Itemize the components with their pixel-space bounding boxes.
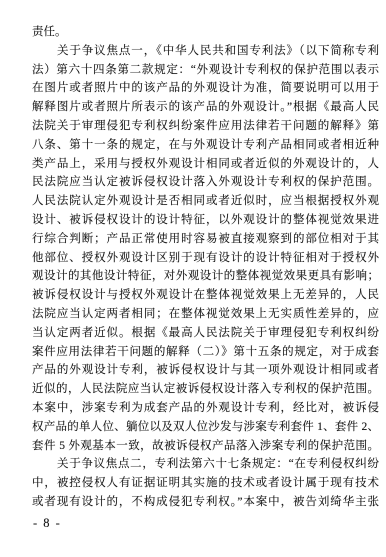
- text-line: 法）第六十四条第二款规定：“外观设计专利权的保护范围以表示: [32, 61, 379, 80]
- text-line: 解释图片或者照片所表示的该产品的外观设计。”根据《最高人民: [32, 98, 379, 117]
- page-number: - 8 -: [33, 516, 61, 531]
- text-line: 权产品的单人位、躺位以及双人位沙发与涉案专利套件 1、套件 2、: [32, 418, 379, 437]
- text-line: 类产品上，采用与授权外观设计相同或者近似的外观设计的，人: [32, 155, 379, 174]
- text-line: 产品的外观设计专利，被诉侵权设计与其一项外观设计相同或者: [32, 361, 379, 380]
- text-line: 行综合判断；产品正常使用时容易被直接观察到的部位相对于其: [32, 230, 379, 249]
- document-page: 责任。 关于争议焦点一，《中华人民共和国专利法》（以下简称专利 法）第六十四条第…: [0, 0, 386, 557]
- text-line: 民法院应当认定被诉侵权设计落入外观设计专利权的保护范围。: [32, 173, 379, 192]
- text-line: 法院应当认定两者相同；在整体视觉效果上无实质性差异的，应: [32, 305, 379, 324]
- text-line: 法院关于审理侵犯专利权纠纷案件应用法律若干问题的解释》第: [32, 117, 379, 136]
- text-line: 案件应用法律若干问题的解释（二）》第十五条的规定，对于成套: [32, 343, 379, 362]
- text-line: 当认定两者近似。根据《最高人民法院关于审理侵犯专利权纠纷: [32, 324, 379, 343]
- text-line: 近似的，人民法院应当认定被诉侵权设计落入专利权的保护范围。: [32, 380, 379, 399]
- body-text: 责任。 关于争议焦点一，《中华人民共和国专利法》（以下简称专利 法）第六十四条第…: [32, 23, 379, 512]
- text-line: 中，被控侵权人有证据证明其实施的技术或者设计属于现有技术: [32, 474, 379, 493]
- text-line: 本案中，涉案专利为成套产品的外观设计专利，经比对，被诉侵: [32, 399, 379, 418]
- text-line: 他部位、授权外观设计区别于现有设计的设计特征相对于授权外: [32, 249, 379, 268]
- text-line: 关于争议焦点一，《中华人民共和国专利法》（以下简称专利: [32, 42, 379, 61]
- text-line: 八条、第十一条的规定，在与外观设计专利产品相同或者相近种: [32, 136, 379, 155]
- text-line: 关于争议焦点二，专利法第六十七条规定：“在专利侵权纠纷: [32, 455, 379, 474]
- text-line: 观设计的其他设计特征，对外观设计的整体视觉效果更具有影响；: [32, 267, 379, 286]
- text-line: 人民法院认定外观设计是否相同或者近似时，应当根据授权外观: [32, 192, 379, 211]
- text-line: 或者现有设计的，不构成侵犯专利权。”本案中，被告刘绮华主张: [32, 493, 379, 512]
- text-line: 被诉侵权设计与授权外观设计在整体视觉效果上无差异的，人民: [32, 286, 379, 305]
- text-line: 设计、被诉侵权设计的设计特征，以外观设计的整体视觉效果进: [32, 211, 379, 230]
- text-line: 在图片或者照片中的该产品的外观设计为准，简要说明可以用于: [32, 79, 379, 98]
- text-line: 责任。: [32, 23, 379, 42]
- text-line: 套件 5 外观基本一致，故被诉侵权产品落入涉案专利的保护范围。: [32, 437, 379, 456]
